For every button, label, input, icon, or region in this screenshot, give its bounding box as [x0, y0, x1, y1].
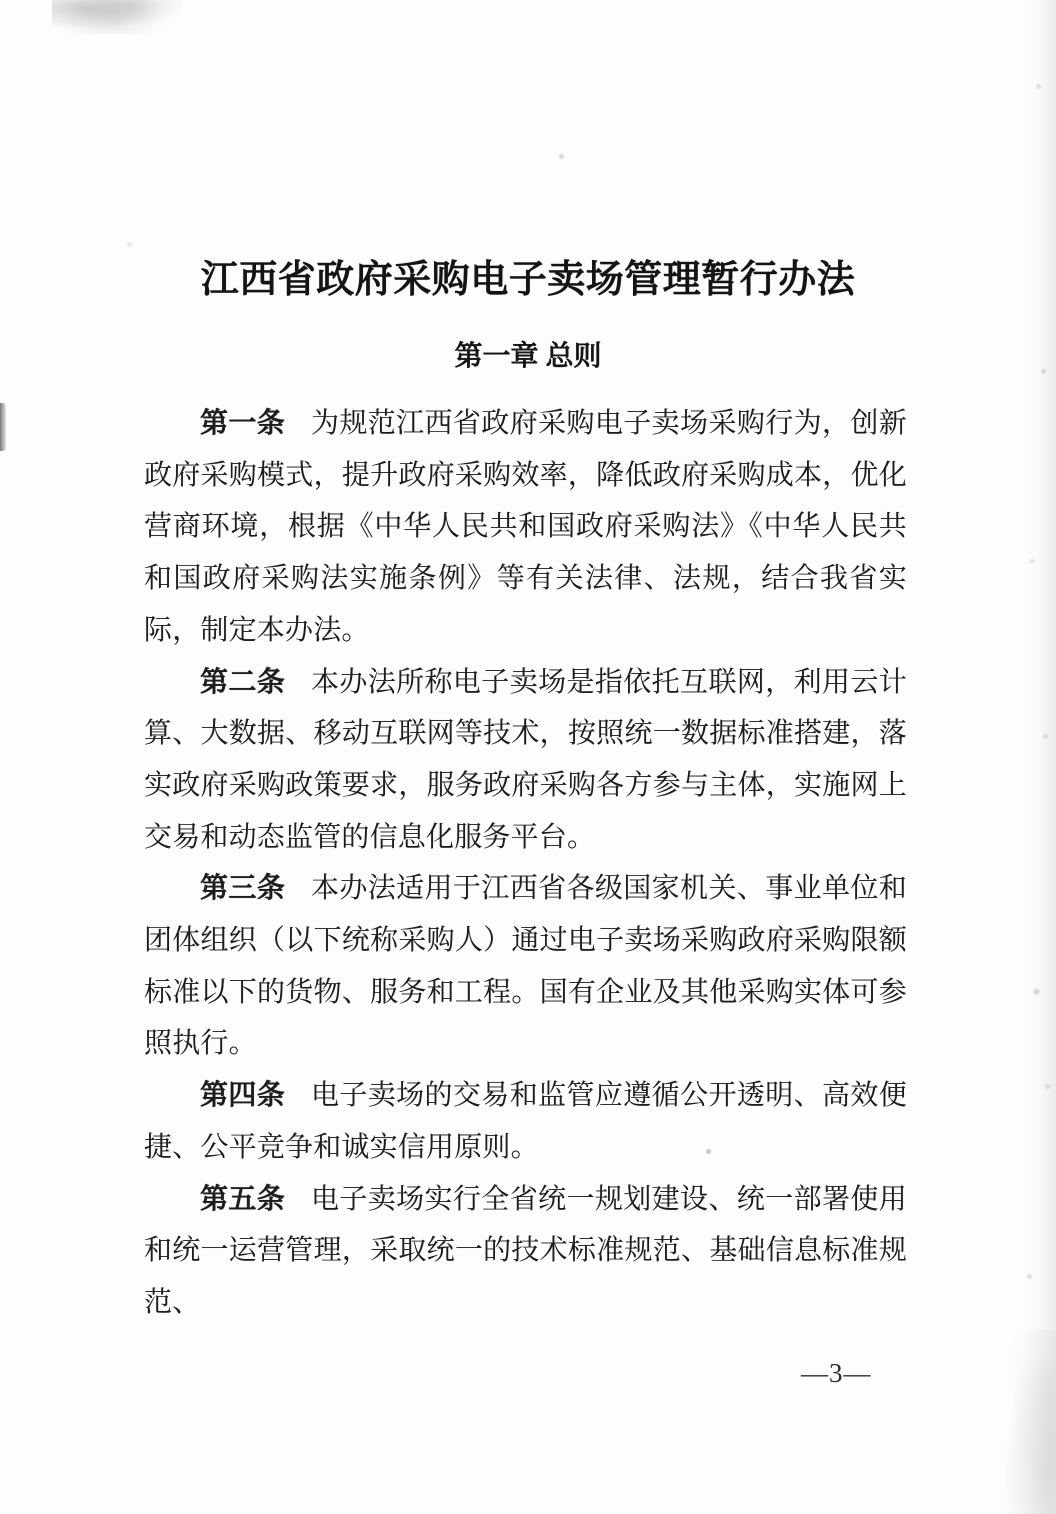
scanned-document-page: 江西省政府采购电子卖场管理暂行办法 第一章 总则 第一条为规范江西省政府采购电子… — [0, 0, 1056, 1514]
article-paragraph-2: 第二条本办法所称电子卖场是指依托互联网，利用云计算、大数据、移动互联网等技术，按… — [144, 657, 907, 864]
article-paragraph-5: 第五条电子卖场实行全省统一规划建设、统一部署使用和统一运营管理，采取统一的技术标… — [144, 1174, 907, 1329]
chapter-heading: 第一章 总则 — [0, 334, 1056, 374]
page-number: —3— — [801, 1358, 872, 1389]
scan-smudge-bottom-right — [996, 1330, 1056, 1514]
article-2-label: 第二条 — [200, 667, 311, 698]
scan-smudge-top-left — [52, 0, 182, 34]
scan-speckles — [0, 0, 3, 3]
scan-mark-left-edge — [0, 403, 6, 451]
article-paragraph-3: 第三条本办法适用于江西省各级国家机关、事业单位和团体组织（以下统称采购人）通过电… — [144, 863, 907, 1070]
document-body: 第一条为规范江西省政府采购电子卖场采购行为，创新政府采购模式，提升政府采购效率，… — [144, 398, 907, 1329]
article-1-label: 第一条 — [200, 408, 311, 439]
scan-noise-right-edge — [1026, 0, 1056, 1514]
article-paragraph-1: 第一条为规范江西省政府采购电子卖场采购行为，创新政府采购模式，提升政府采购效率，… — [144, 398, 907, 657]
article-4-label: 第四条 — [200, 1080, 311, 1111]
article-5-label: 第五条 — [200, 1184, 311, 1215]
article-3-label: 第三条 — [200, 873, 311, 904]
article-1-text: 为规范江西省政府采购电子卖场采购行为，创新政府采购模式，提升政府采购效率，降低政… — [144, 408, 907, 646]
article-paragraph-4: 第四条电子卖场的交易和监管应遵循公开透明、高效便捷、公平竞争和诚实信用原则。 — [144, 1070, 907, 1173]
document-title: 江西省政府采购电子卖场管理暂行办法 — [0, 248, 1056, 303]
